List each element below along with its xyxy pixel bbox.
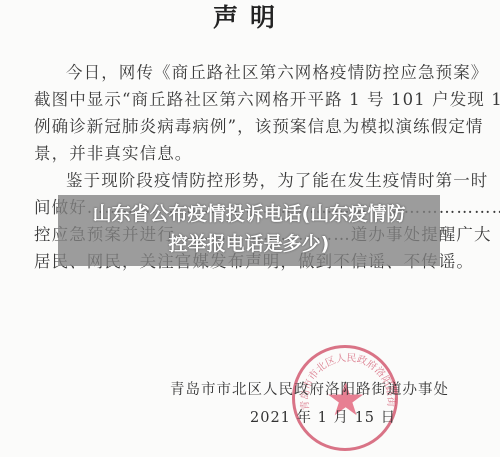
paragraph-line: 鉴于现阶段疫情防控形势，为了能在发生疫情时第一时 [66,167,488,191]
paragraph-line: 景，并非真实信息。 [34,140,192,164]
headline-overlay: 山东省公布疫情投诉电话(山东疫情防 控举报电话是多少) [58,195,440,266]
signature-date: 2021 年 1 月 15 日 [250,406,396,427]
headline-line-2: 控举报电话是多少) [58,229,440,259]
document-title: 声明 [0,0,500,34]
headline-text: 山东省公布疫情投诉电话(山东疫情防 控举报电话是多少) [58,199,440,259]
headline-line-1: 山东省公布疫情投诉电话(山东疫情防 [58,199,440,229]
paragraph-line: 例确诊新冠肺炎病毒病例”，该预案信息为模拟演练假定情 [34,113,484,137]
signature-organization: 青岛市市北区人民政府洛阳路街道办事处 [170,378,449,399]
paragraph-line: 截图中显示“商丘路社区第六网格开平路 1 号 101 户发现 1 [34,86,500,110]
paragraph-line: 今日，网传《商丘路社区第六网格疫情防控应急预案》 [66,59,488,83]
